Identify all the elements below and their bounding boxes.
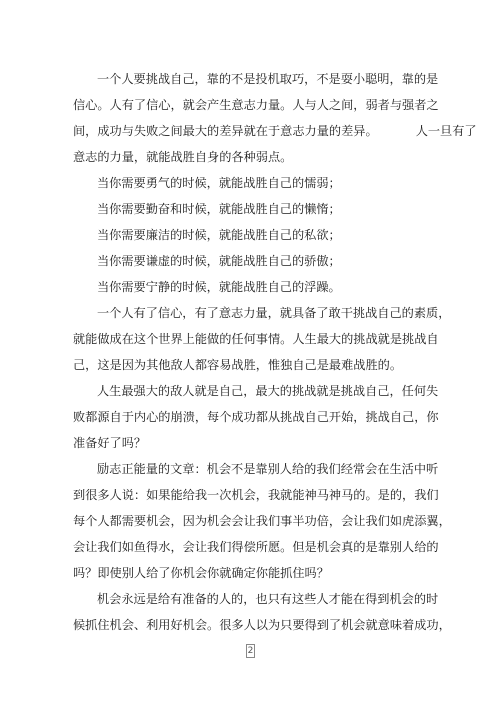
paragraph-prepared-line-2: 候抓住机会、利用好机会。很多人以为只要得到了机会就意味着成功， xyxy=(73,612,393,638)
paragraph-confidence-line-2: 就能做成在这个世界上能做的任何事情。人生最大的挑战就是挑战自 xyxy=(73,326,393,352)
paragraph-enemy-line-2: 败都源自于内心的崩溃，每个成功都从挑战自己开始，挑战自己，你 xyxy=(73,404,393,430)
calm-line: 当你需要宁静的时候，就能战胜自己的浮躁。 xyxy=(73,274,393,300)
paragraph-enemy-line-3: 准备好了吗？ xyxy=(73,430,393,456)
paragraph-1-line-3-text: 间，成功与失败之间最大的差异就在于意志力量的差异。 xyxy=(73,124,378,138)
page-number: 2 xyxy=(246,644,255,658)
paragraph-confidence-line-3: 己，这是因为其他敌人都容易战胜，惟独自己是最难战胜的。 xyxy=(73,352,393,378)
document-page: 一个人要挑战自己，靠的不是投机取巧，不是耍小聪明，靠的是 信心。人有了信心，就会… xyxy=(73,66,393,638)
paragraph-enemy-line-1: 人生最强大的敌人就是自己，最大的挑战就是挑战自己，任何失 xyxy=(73,378,393,404)
paragraph-1-line-3-trailing: 人一旦有了 xyxy=(416,124,477,138)
paragraph-1-line-4: 意志的力量，就能战胜自身的各种弱点。 xyxy=(73,144,393,170)
paragraph-opportunity-line-1: 励志正能量的文章：机会不是靠别人给的我们经常会在生活中听 xyxy=(73,456,393,482)
paragraph-opportunity-line-5: 吗？即使别人给了你机会你就确定你能抓住吗？ xyxy=(73,560,393,586)
diligence-line: 当你需要勤奋和时候，就能战胜自己的懒惰； xyxy=(73,196,393,222)
paragraph-1-line-2: 信心。人有了信心，就会产生意志力量。人与人之间，弱者与强者之 xyxy=(73,92,393,118)
paragraph-1-line-1: 一个人要挑战自己，靠的不是投机取巧，不是耍小聪明，靠的是 xyxy=(73,66,393,92)
courage-line: 当你需要勇气的时候，就能战胜自己的懦弱； xyxy=(73,170,393,196)
paragraph-prepared-line-1: 机会永远是给有准备的人的，也只有这些人才能在得到机会的时 xyxy=(73,586,393,612)
paragraph-opportunity-line-4: 会让我们如鱼得水，会让我们得偿所愿。但是机会真的是靠别人给的 xyxy=(73,534,393,560)
paragraph-confidence-line-1: 一个人有了信心，有了意志力量，就具备了敢干挑战自己的素质， xyxy=(73,300,393,326)
paragraph-opportunity-line-2: 到很多人说：如果能给我一次机会，我就能神马神马的。是的，我们 xyxy=(73,482,393,508)
paragraph-1-line-3: 间，成功与失败之间最大的差异就在于意志力量的差异。人一旦有了 xyxy=(73,118,393,144)
paragraph-opportunity-line-3: 每个人都需要机会，因为机会会让我们事半功倍，会让我们如虎添翼， xyxy=(73,508,393,534)
integrity-line: 当你需要廉洁的时候，就能战胜自己的私欲； xyxy=(73,222,393,248)
humility-line: 当你需要谦虚的时候，就能战胜自己的骄傲； xyxy=(73,248,393,274)
